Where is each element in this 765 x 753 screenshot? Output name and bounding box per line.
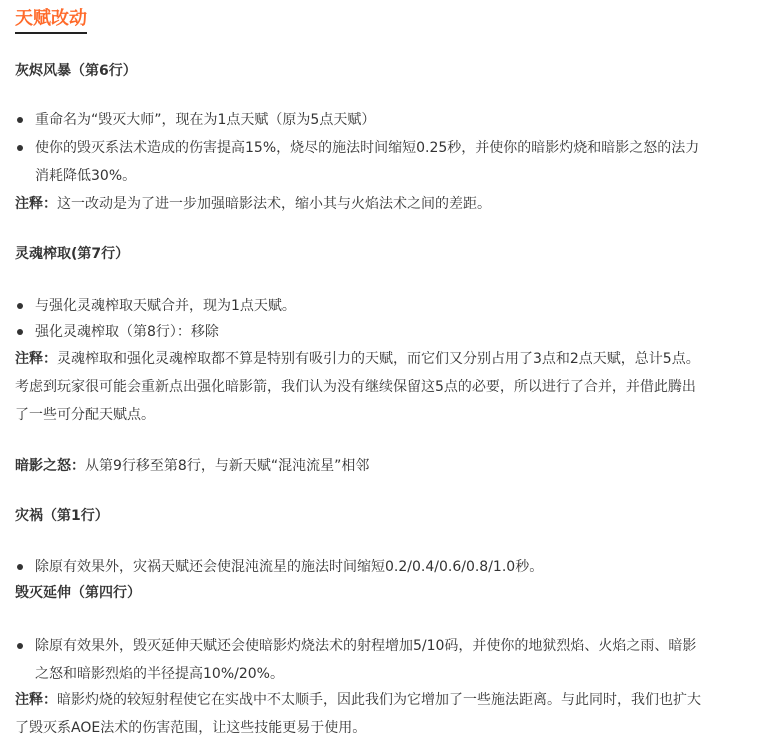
- note-text: 暗影灼烧的较短射程使它在实战中不太顺手，因此我们为它增加了一些施法距离。与此同时…: [15, 692, 701, 736]
- note-paragraph: 注释：暗影灼烧的较短射程使它在实战中不太顺手，因此我们为它增加了一些施法距离。与…: [15, 686, 705, 742]
- section-heading: 灵魂榨取(第7行）: [15, 244, 129, 264]
- inline-label: 暗影之怒：: [15, 458, 85, 474]
- section-heading: 灰烬风暴（第6行）: [15, 61, 137, 81]
- note-paragraph: 注释：这一改动是为了进一步加强暗影法术，缩小其与火焰法术之间的差距。: [15, 190, 705, 218]
- note-text: 这一改动是为了进一步加强暗影法术，缩小其与火焰法术之间的差距。: [57, 196, 491, 212]
- section-heading: 灾祸（第1行）: [15, 506, 109, 526]
- note-label: 注释：: [15, 351, 57, 367]
- inline-text: 从第9行移至第8行，与新天赋“混沌流星”相邻: [85, 458, 369, 474]
- page-title: 天赋改动: [15, 8, 87, 34]
- list-item: 使你的毁灭系法术造成的伤害提高15%，烧尽的施法时间缩短0.25秒，并使你的暗影…: [15, 134, 705, 190]
- list-item: 重命名为“毁灭大师”，现在为1点天赋（原为5点天赋）: [15, 106, 705, 134]
- list-item: 除原有效果外，灾祸天赋还会使混沌流星的施法时间缩短0.2/0.4/0.6/0.8…: [15, 553, 705, 581]
- inline-note: 暗影之怒：从第9行移至第8行，与新天赋“混沌流星”相邻: [15, 452, 705, 480]
- note-paragraph: 注释：灵魂榨取和强化灵魂榨取都不算是特别有吸引力的天赋，而它们又分别占用了3点和…: [15, 345, 705, 429]
- list-item: 强化灵魂榨取（第8行）：移除: [15, 318, 705, 346]
- list-item: 除原有效果外，毁灭延伸天赋还会使暗影灼烧法术的射程增加5/10码，并使你的地狱烈…: [15, 632, 705, 688]
- note-label: 注释：: [15, 196, 57, 212]
- note-text: 灵魂榨取和强化灵魂榨取都不算是特别有吸引力的天赋，而它们又分别占用了3点和2点天…: [15, 351, 700, 423]
- list-item: 与强化灵魂榨取天赋合并，现为1点天赋。: [15, 292, 705, 320]
- section-heading: 毁灭延伸（第四行）: [15, 583, 141, 603]
- note-label: 注释：: [15, 692, 57, 708]
